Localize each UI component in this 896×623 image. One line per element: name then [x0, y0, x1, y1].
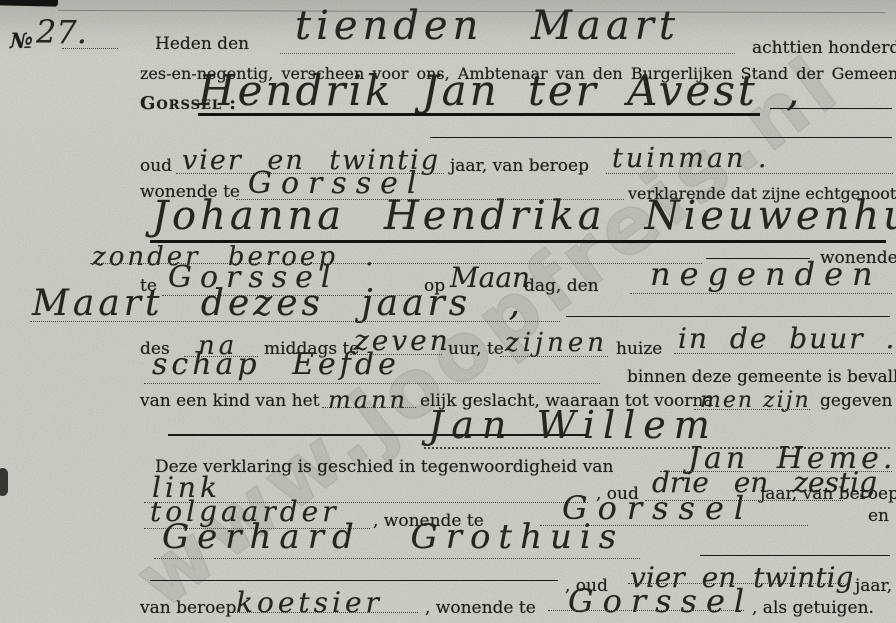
ruled-line: [150, 580, 558, 581]
father-occupation: tuinman .: [612, 145, 770, 172]
label-heden-den: Heden den: [155, 36, 249, 53]
label-jaar-van-beroep-2: jaar, van beroep: [760, 486, 896, 503]
ruled-line: [500, 356, 608, 357]
ruled-line: [228, 612, 418, 613]
witness2-name: Gerhard Grothuis: [162, 520, 624, 554]
label-dag-den: dag, den: [524, 278, 599, 295]
label-kind-van-het: van een kind van het: [140, 393, 319, 410]
label-gegeven: gegeven :: [820, 393, 896, 410]
act-number-value: 27.: [36, 16, 87, 48]
ruled-line: [154, 558, 640, 559]
mother-name: Johanna Hendrika Nieuwenhuis ,: [152, 196, 896, 236]
buurtschap-part1: in de buur .: [678, 325, 896, 353]
ruled-line: [566, 316, 890, 317]
zijnen: zijnen: [505, 330, 608, 356]
label-jaar-van-beroep: jaar, van beroep: [450, 158, 589, 175]
label-huize: huize: [616, 341, 662, 358]
label-binnen-gemeente: binnen deze gemeente is bevallen: [627, 369, 896, 386]
buurtschap-part2: schap Eefde: [152, 350, 400, 380]
geslacht-mann: mann: [328, 388, 408, 412]
ruled-line: [280, 53, 735, 54]
label-van-beroep: van beroep: [140, 600, 236, 617]
birth-day: negenden: [650, 258, 882, 290]
ruled-line: [548, 610, 744, 611]
label-uur-te: uur, te: [448, 341, 504, 358]
ruled-line: [144, 383, 600, 384]
label-verklaring-intro: Deze verklaring is geschied in tegenwoor…: [155, 459, 613, 476]
ruled-line: [30, 321, 560, 322]
ruled-line: [606, 173, 893, 174]
ruled-line: [674, 353, 892, 354]
scan-blob-left: [0, 468, 8, 496]
child-name: Jan Willem: [428, 406, 718, 444]
ruled-line: [630, 293, 892, 294]
label-jaar-komma: jaar,: [855, 578, 892, 595]
ruled-line: [770, 108, 892, 109]
underline-father-name: [198, 113, 760, 116]
declaration-date: tienden Maart: [295, 6, 680, 46]
label-oud: oud: [140, 158, 172, 175]
label-en: en: [868, 508, 889, 525]
label-komma-wonende-te-2: , wonende te: [425, 600, 536, 617]
witness2-residence: Gorssel: [568, 585, 753, 617]
ruled-line: [322, 407, 416, 408]
label-achttien-honderd: achttien honderd: [752, 40, 896, 57]
ruled-line: [430, 137, 892, 138]
birth-month: Maart dezes jaars ,: [32, 286, 524, 322]
ruled-line: [62, 48, 118, 49]
label-als-getuigen: , als getuigen.: [752, 600, 874, 617]
act-number-symbol: №: [10, 30, 33, 51]
father-name: Hendrik Jan ter Avest ,: [198, 70, 803, 112]
birth-certificate-scan: www.joopfreis.nl № 27. Heden den tienden…: [0, 0, 896, 623]
ruled-line: [700, 555, 890, 556]
